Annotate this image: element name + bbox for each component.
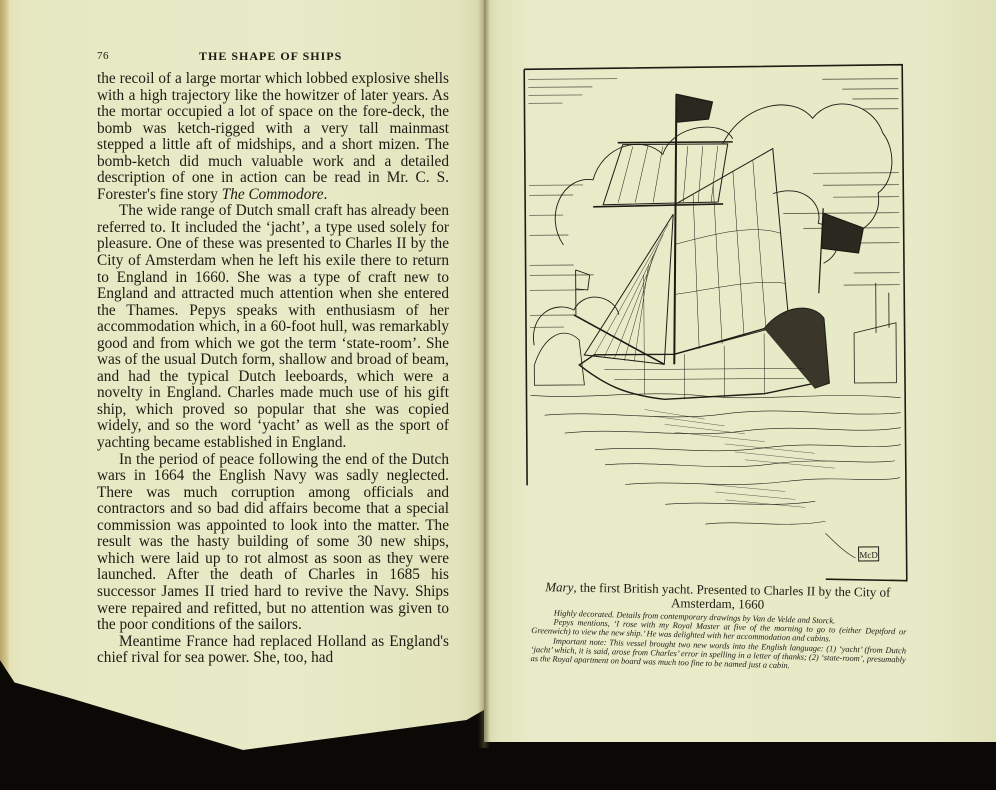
caption-text: , the first British yacht. Presented to … [573, 580, 890, 612]
ship-name-italic: Mary [545, 579, 573, 594]
paragraph-3: In the period of peace following the end… [97, 452, 449, 634]
monogram: McD [859, 550, 878, 560]
paragraph-1: the recoil of a large mortar which lobbe… [97, 71, 449, 203]
running-head-title: THE SHAPE OF SHIPS [199, 49, 342, 64]
paragraph-text: . [324, 186, 328, 203]
page-edge-stack [0, 0, 9, 750]
ship-illustration: McD [522, 63, 908, 586]
paragraph-2: The wide range of Dutch small craft has … [97, 203, 449, 451]
page-number: 76 [97, 50, 109, 62]
figure-notes: Highly decorated. Details from contempor… [530, 608, 906, 674]
body-text: the recoil of a large mortar which lobbe… [97, 71, 449, 667]
ship-drawing-icon: McD [522, 63, 908, 586]
paragraph-text: the recoil of a large mortar which lobbe… [97, 70, 449, 203]
paragraph-4: Meantime France had replaced Holland as … [97, 634, 449, 667]
book-title-italic: The Commodore [222, 186, 324, 203]
running-head: 76 THE SHAPE OF SHIPS [97, 49, 449, 65]
book-gutter [478, 0, 490, 748]
